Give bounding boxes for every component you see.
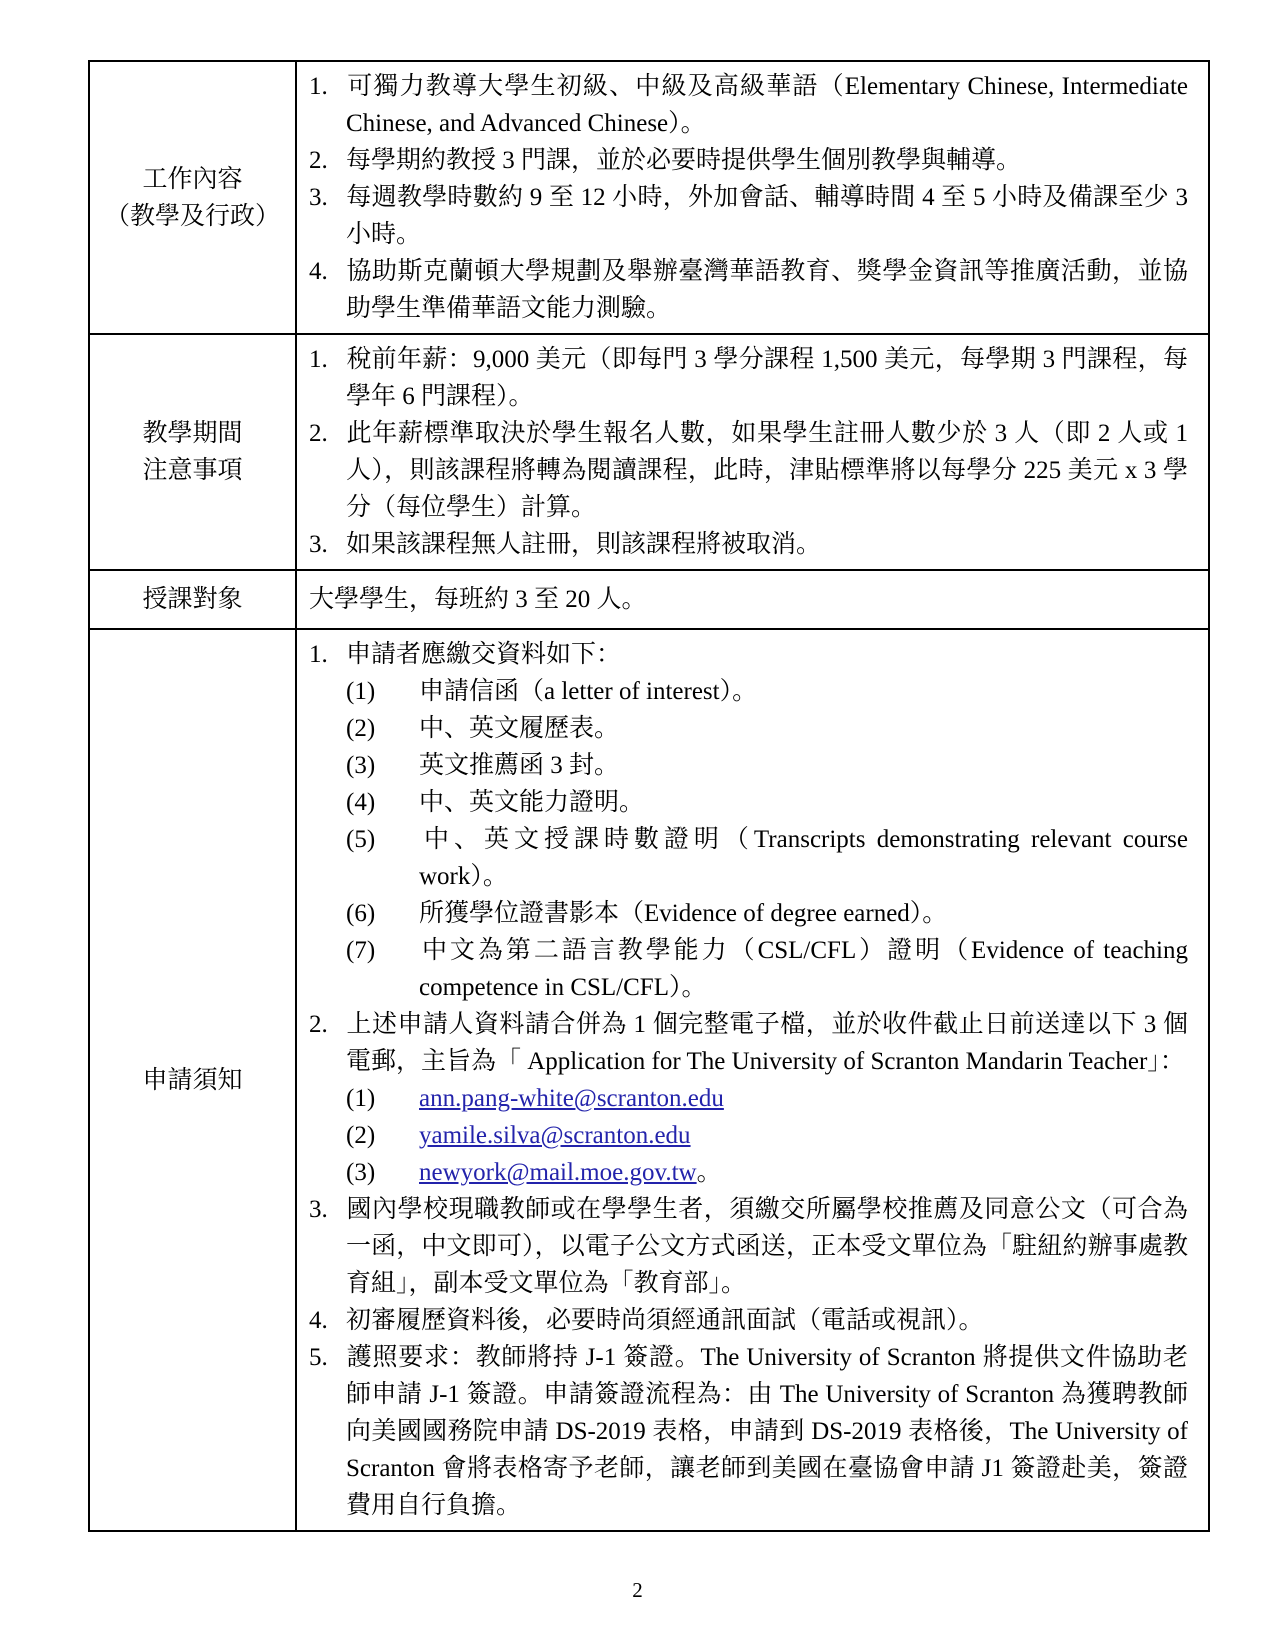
- item-number: 5.: [309, 1339, 346, 1376]
- list-item: 4.協助斯克蘭頓大學規劃及舉辦臺灣華語教育、獎學金資訊等推廣活動，並協助學生準備…: [309, 253, 1188, 327]
- item-text: 中、英文履歷表。: [419, 715, 619, 742]
- email-suffix: 。: [697, 1159, 722, 1186]
- item-text: 此年薪標準取決於學生報名人數，如果學生註冊人數少於 3 人（即 2 人或 1 人…: [346, 420, 1188, 521]
- row-label-line: 申請須知: [142, 1062, 242, 1099]
- row-content-cell: 1.可獨力教導大學生初級、中級及高級華語（Elementary Chinese,…: [297, 62, 1208, 333]
- item-text: 所獲學位證書影本（Evidence of degree earned）。: [419, 900, 947, 927]
- row-label-line: 注意事項: [142, 452, 242, 489]
- item-text: 如果該課程無人註冊，則該課程將被取消。: [346, 531, 821, 558]
- item-text: 上述申請人資料請合併為 1 個完整電子檔，並於收件截止日前送達以下 3 個電郵，…: [346, 1011, 1188, 1075]
- sub-item: (3)英文推薦函 3 封。: [346, 747, 1188, 784]
- page-number: 2: [0, 1578, 1275, 1602]
- row-label-cell: 教學期間 注意事項: [90, 335, 297, 569]
- sub-item: (5)中、英文授課時數證明（Transcripts demonstrating …: [346, 821, 1188, 895]
- item-number: (5): [346, 821, 419, 858]
- item-number: 1.: [309, 636, 346, 673]
- item-number: (3): [346, 747, 419, 784]
- item-text: 協助斯克蘭頓大學規劃及舉辦臺灣華語教育、獎學金資訊等推廣活動，並協助學生準備華語…: [346, 258, 1188, 322]
- sub-item: (6)所獲學位證書影本（Evidence of degree earned）。: [346, 895, 1188, 932]
- list-item: 1.可獨力教導大學生初級、中級及高級華語（Elementary Chinese,…: [309, 68, 1188, 142]
- list-item: 4.初審履歷資料後，必要時尚須經通訊面試（電話或視訊）。: [309, 1302, 1188, 1339]
- sub-item-email: (1)ann.pang-white@scranton.edu: [346, 1080, 1188, 1117]
- item-number: 3.: [309, 526, 346, 563]
- list-item: 3.每週教學時數約 9 至 12 小時，外加會話、輔導時間 4 至 5 小時及備…: [309, 179, 1188, 253]
- table-row-application: 申請須知 1.申請者應繳交資料如下： (1)申請信函（a letter of i…: [90, 630, 1208, 1530]
- item-text: 申請信函（a letter of interest）。: [419, 678, 757, 705]
- item-text: 中、英文授課時數證明（Transcripts demonstrating rel…: [419, 826, 1188, 890]
- item-number: 1.: [309, 68, 346, 105]
- email-link[interactable]: newyork@mail.moe.gov.tw: [419, 1159, 697, 1186]
- item-number: (2): [346, 710, 419, 747]
- table-row-work-content: 工作內容 （教學及行政） 1.可獨力教導大學生初級、中級及高級華語（Elemen…: [90, 62, 1208, 335]
- item-text: 可獨力教導大學生初級、中級及高級華語（Elementary Chinese, I…: [346, 73, 1188, 137]
- item-number: 2.: [309, 142, 346, 179]
- item-number: (2): [346, 1117, 419, 1154]
- list-item: 2.每學期約教授 3 門課，並於必要時提供學生個別教學與輔導。: [309, 142, 1188, 179]
- item-text: 稅前年薪：9,000 美元（即每門 3 學分課程 1,500 美元，每學期 3 …: [346, 346, 1188, 410]
- sub-item: (1)申請信函（a letter of interest）。: [346, 673, 1188, 710]
- item-text: 英文推薦函 3 封。: [419, 752, 619, 779]
- item-number: 1.: [309, 341, 346, 378]
- item-text: 國內學校現職教師或在學學生者，須繳交所屬學校推薦及同意公文（可合為一函，中文即可…: [346, 1196, 1188, 1297]
- row-label-line: （教學及行政）: [105, 198, 280, 235]
- list-item: 3.如果該課程無人註冊，則該課程將被取消。: [309, 526, 1188, 563]
- sub-item: (2)中、英文履歷表。: [346, 710, 1188, 747]
- item-text: 中文為第二語言教學能力（CSL/CFL）證明（Evidence of teach…: [419, 937, 1188, 1001]
- row-label-cell: 授課對象: [90, 571, 297, 628]
- item-text: 申請者應繳交資料如下：: [346, 641, 621, 668]
- item-number: (3): [346, 1154, 419, 1191]
- list-item: 1.稅前年薪：9,000 美元（即每門 3 學分課程 1,500 美元，每學期 …: [309, 341, 1188, 415]
- row-label-cell: 申請須知: [90, 630, 297, 1530]
- row-label-cell: 工作內容 （教學及行政）: [90, 62, 297, 333]
- document-page: 工作內容 （教學及行政） 1.可獨力教導大學生初級、中級及高級華語（Elemen…: [0, 0, 1275, 1650]
- row-text: 大學學生，每班約 3 至 20 人。: [309, 581, 1188, 618]
- table-row-students: 授課對象 大學學生，每班約 3 至 20 人。: [90, 571, 1208, 630]
- row-content-cell: 1.申請者應繳交資料如下： (1)申請信函（a letter of intere…: [297, 630, 1208, 1530]
- email-link[interactable]: ann.pang-white@scranton.edu: [419, 1085, 724, 1112]
- sub-item: (4)中、英文能力證明。: [346, 784, 1188, 821]
- item-text: 護照要求：教師將持 J-1 簽證。The University of Scran…: [346, 1344, 1188, 1519]
- item-number: 4.: [309, 253, 346, 290]
- item-number: 3.: [309, 1191, 346, 1228]
- item-number: (7): [346, 932, 419, 969]
- row-content-cell: 大學學生，每班約 3 至 20 人。: [297, 571, 1208, 628]
- list-item: 2.此年薪標準取決於學生報名人數，如果學生註冊人數少於 3 人（即 2 人或 1…: [309, 415, 1188, 526]
- item-text: 中、英文能力證明。: [419, 789, 644, 816]
- item-number: 3.: [309, 179, 346, 216]
- sub-item-email: (2)yamile.silva@scranton.edu: [346, 1117, 1188, 1154]
- sub-item-email: (3)newyork@mail.moe.gov.tw。: [346, 1154, 1188, 1191]
- item-text: 每學期約教授 3 門課，並於必要時提供學生個別教學與輔導。: [346, 147, 1021, 174]
- list-item: 1.申請者應繳交資料如下：: [309, 636, 1188, 673]
- item-number: (4): [346, 784, 419, 821]
- list-item: 2.上述申請人資料請合併為 1 個完整電子檔，並於收件截止日前送達以下 3 個電…: [309, 1006, 1188, 1080]
- item-text: 初審履歷資料後，必要時尚須經通訊面試（電話或視訊）。: [346, 1307, 984, 1334]
- item-number: 2.: [309, 1006, 346, 1043]
- list-item: 3.國內學校現職教師或在學學生者，須繳交所屬學校推薦及同意公文（可合為一函，中文…: [309, 1191, 1188, 1302]
- list-item: 5.護照要求：教師將持 J-1 簽證。The University of Scr…: [309, 1339, 1188, 1524]
- email-link[interactable]: yamile.silva@scranton.edu: [419, 1122, 691, 1149]
- row-content-cell: 1.稅前年薪：9,000 美元（即每門 3 學分課程 1,500 美元，每學期 …: [297, 335, 1208, 569]
- item-number: 2.: [309, 415, 346, 452]
- table-row-teaching-notes: 教學期間 注意事項 1.稅前年薪：9,000 美元（即每門 3 學分課程 1,5…: [90, 335, 1208, 571]
- row-label-line: 授課對象: [142, 581, 242, 618]
- item-text: 每週教學時數約 9 至 12 小時，外加會話、輔導時間 4 至 5 小時及備課至…: [346, 184, 1188, 248]
- sub-item: (7)中文為第二語言教學能力（CSL/CFL）證明（Evidence of te…: [346, 932, 1188, 1006]
- row-label-line: 教學期間: [142, 415, 242, 452]
- item-number: (1): [346, 673, 419, 710]
- item-number: 4.: [309, 1302, 346, 1339]
- row-label-line: 工作內容: [142, 161, 242, 198]
- item-number: (1): [346, 1080, 419, 1117]
- job-info-table: 工作內容 （教學及行政） 1.可獨力教導大學生初級、中級及高級華語（Elemen…: [88, 60, 1210, 1532]
- item-number: (6): [346, 895, 419, 932]
